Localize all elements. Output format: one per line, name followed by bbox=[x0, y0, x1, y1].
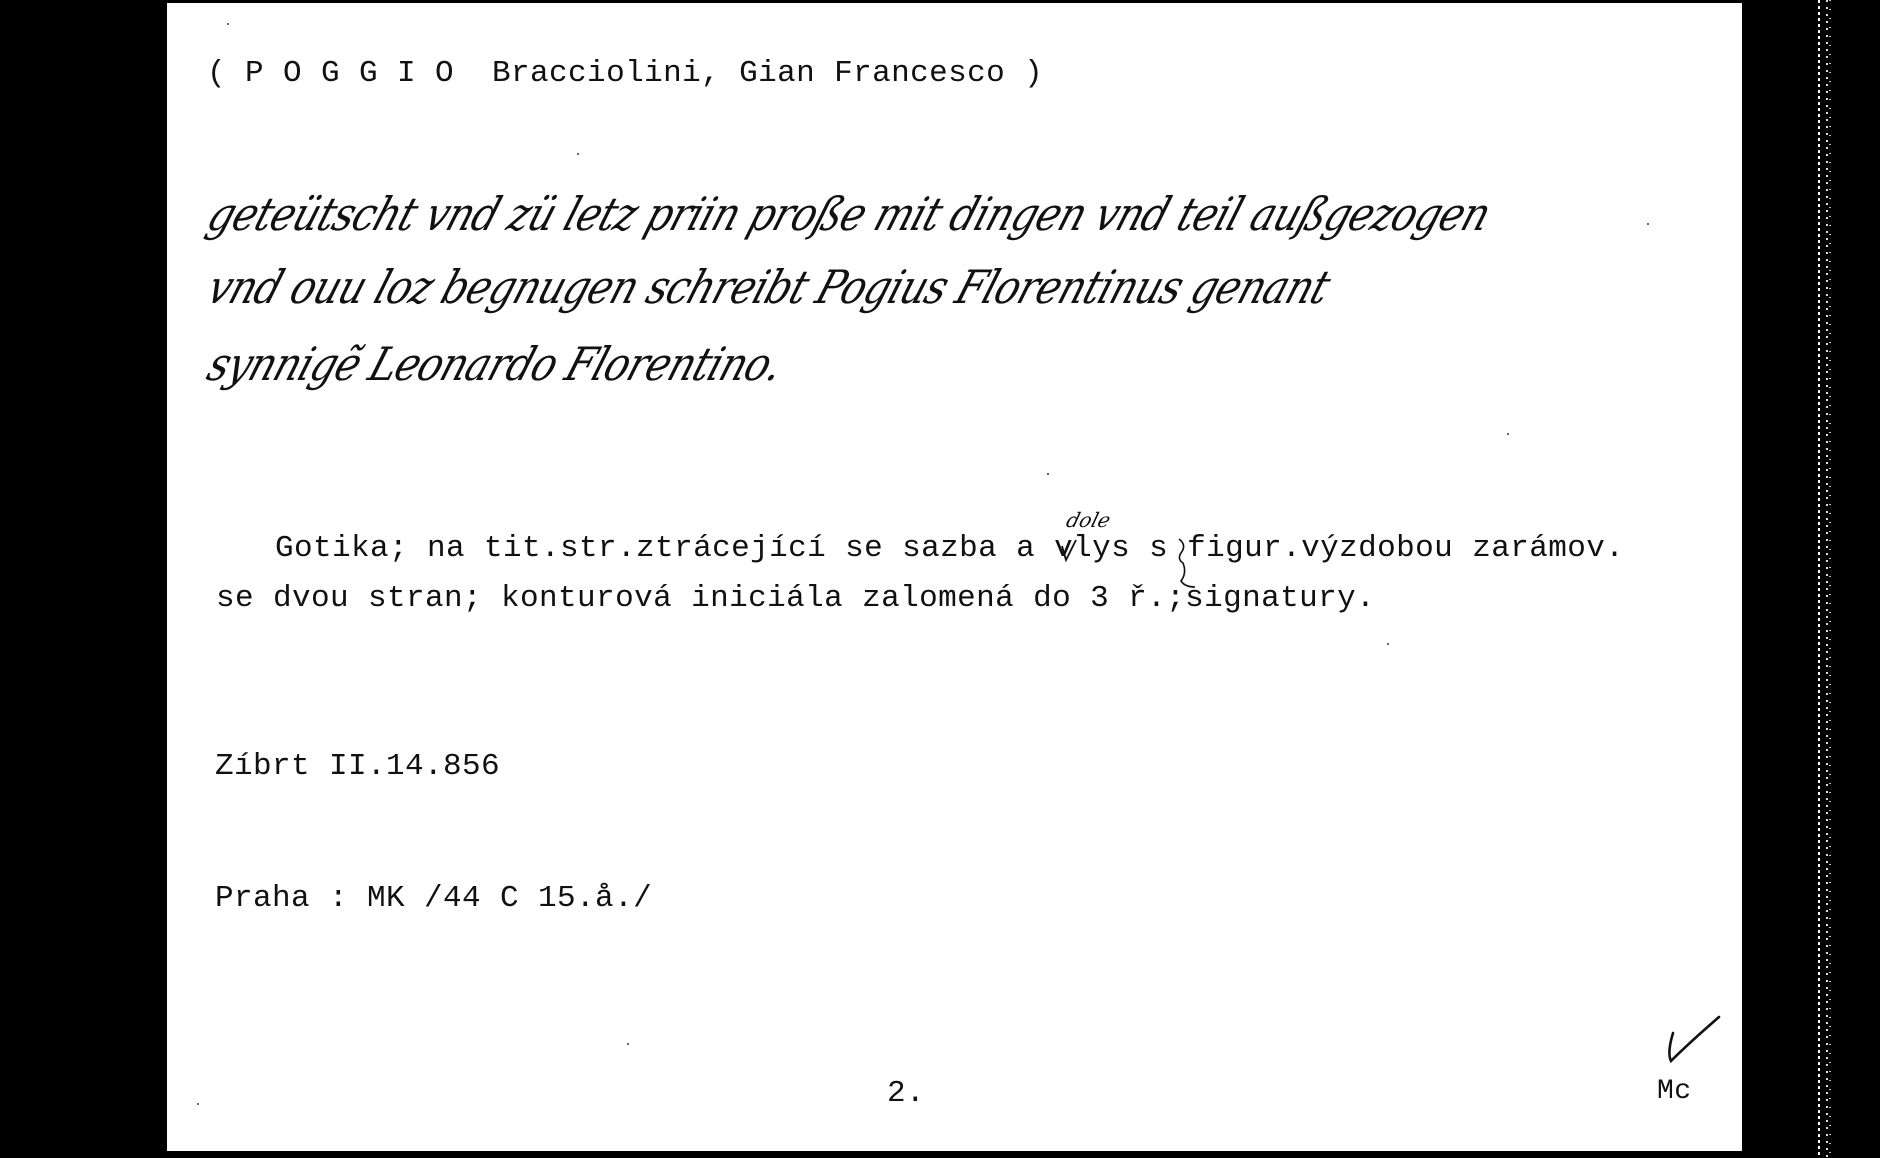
holding-location: Praha : MK /44 C 15.å./ bbox=[215, 883, 652, 914]
handwritten-annotation: dole bbox=[1064, 508, 1114, 532]
handwritten-title-line-1: geteütscht vnd zü letz priin proße mit d… bbox=[202, 192, 1496, 238]
handwritten-title-line-3: synnigẽ Leonardo Florentino. bbox=[202, 342, 788, 388]
paper-speck bbox=[577, 153, 579, 155]
description-line-2: se dvou stran; konturová iniciála zalome… bbox=[216, 583, 1375, 614]
paper-speck bbox=[1507, 433, 1509, 435]
checkmark-icon bbox=[1659, 1003, 1729, 1073]
cataloger-initials: Mc bbox=[1657, 1078, 1691, 1106]
paper-speck bbox=[1387, 643, 1389, 645]
handwritten-title-line-2: vnd ouu loz begnugen schreibt Pogius Flo… bbox=[202, 265, 1335, 311]
description-line-1: Gotika; na tit.str.ztrácející se sazba a… bbox=[275, 533, 1624, 564]
paper-speck bbox=[627, 1043, 629, 1045]
page-number: 2. bbox=[887, 1078, 925, 1109]
paper-speck bbox=[1047, 473, 1049, 475]
scan-edge-strip bbox=[1818, 0, 1832, 1158]
catalog-card: ( P O G G I O Bracciolini, Gian Francesc… bbox=[167, 3, 1742, 1151]
paper-speck bbox=[1647, 223, 1649, 225]
bibliographic-reference: Zíbrt II.14.856 bbox=[215, 751, 500, 782]
card-heading: ( P O G G I O Bracciolini, Gian Francesc… bbox=[207, 58, 1043, 89]
paper-speck bbox=[227, 23, 229, 25]
paper-speck bbox=[197, 1103, 199, 1105]
